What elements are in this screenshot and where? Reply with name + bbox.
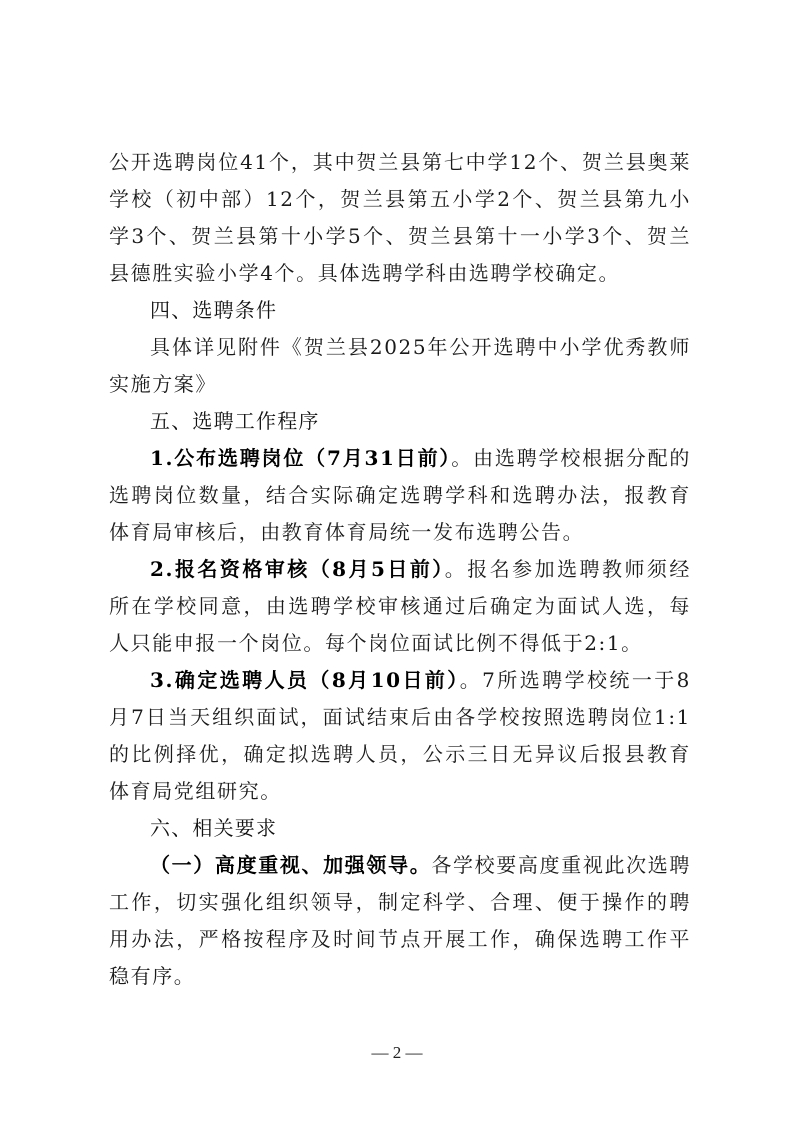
paragraph-step-3: 3.确定选聘人员（8月10日前）。7所选聘学校统一于8月7日当天组织面试，面试结… <box>109 662 691 810</box>
paragraph-requirement-1: （一）高度重视、加强领导。各学校要高度重视此次选聘工作，切实强化组织领导，制定科… <box>109 847 691 995</box>
step-3-title: 3.确定选聘人员（8月10日前） <box>150 668 460 692</box>
paragraph-conditions: 具体详见附件《贺兰县2025年公开选聘中小学优秀教师实施方案》 <box>109 329 691 403</box>
section-heading-procedure: 五、选聘工作程序 <box>109 403 691 440</box>
section-heading-requirements: 六、相关要求 <box>109 810 691 847</box>
step-1-title: 1.公布选聘岗位（7月31日前） <box>150 446 451 470</box>
paragraph-step-1: 1.公布选聘岗位（7月31日前）。由选聘学校根据分配的选聘岗位数量，结合实际确定… <box>109 440 691 551</box>
document-page: 公开选聘岗位41个，其中贺兰县第七中学12个、贺兰县奥莱学校（初中部）12个，贺… <box>109 144 691 995</box>
page-number: — 2 — <box>0 1043 794 1063</box>
paragraph-positions: 公开选聘岗位41个，其中贺兰县第七中学12个、贺兰县奥莱学校（初中部）12个，贺… <box>109 144 691 292</box>
step-2-title: 2.报名资格审核（8月5日前） <box>150 557 445 581</box>
requirement-1-title: （一）高度重视、加强领导。 <box>150 853 431 877</box>
section-heading-conditions: 四、选聘条件 <box>109 292 691 329</box>
paragraph-step-2: 2.报名资格审核（8月5日前）。报名参加选聘教师须经所在学校同意，由选聘学校审核… <box>109 551 691 662</box>
